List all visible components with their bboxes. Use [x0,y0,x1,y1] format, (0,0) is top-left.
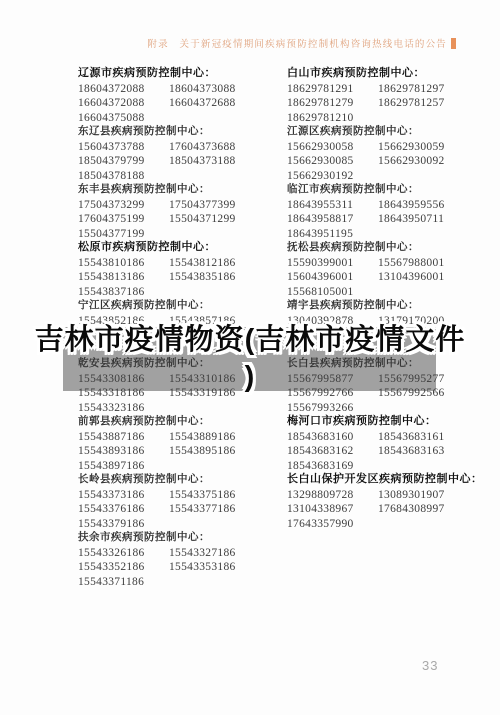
phone-number: 15543376186 [78,502,169,517]
phone-row: 15504377199 [78,226,287,241]
phone-number: 15504371299 [169,212,260,227]
phone-number: 15543326186 [78,546,169,561]
phone-row: 18504378188 [78,168,287,183]
appendix-banner: 附录 关于新冠疫情期间疾病预防控制机构咨询热线电话的公告 [0,36,456,50]
phone-row: 1760437519915504371299 [78,211,287,226]
center-name: 宁江区疾病预防控制中心： [78,298,287,313]
phone-row: 1864395531118643959556 [287,197,496,212]
phone-number: 15543835186 [169,270,260,285]
phone-row: 1560439600113104396001 [287,269,496,284]
phone-number: 15543373186 [78,488,169,503]
center-name: 东辽县疾病预防控制中心： [78,124,287,139]
page-number: 33 [422,658,438,673]
phone-row: 18543683169 [287,458,496,473]
center-section: 松原市疾病预防控制中心：1554381018615543812186155438… [78,240,287,298]
phone-number: 15543897186 [78,459,169,474]
center-section: 前郭县疾病预防控制中心：1554388718615543889186155438… [78,414,287,472]
phone-number: 18543683163 [378,444,469,459]
phone-number: 13104396001 [378,270,469,285]
phone-number: 18643950711 [378,212,469,227]
phone-row: 1864395881718643950711 [287,211,496,226]
phone-number: 15543323186 [78,401,169,416]
banner-end-block-icon [451,38,456,49]
watermark-title-line1: 吉林市疫情物资(吉林市疫情文件 [0,322,500,359]
center-name: 长白山保护开发区疾病预防控制中心： [287,472,496,487]
center-name: 松原市疾病预防控制中心： [78,240,287,255]
phone-number: 18629781297 [378,82,469,97]
phone-number: 17643357990 [287,517,378,532]
center-name: 白山市疾病预防控制中心： [287,66,496,81]
phone-number: 15543837186 [78,285,169,300]
phone-number: 18643958817 [287,212,378,227]
phone-row: 1850437979918504373188 [78,153,287,168]
phone-number: 15543889186 [169,430,260,445]
phone-row: 1560437378817604373688 [78,139,287,154]
phone-row: 15567993266 [287,400,496,415]
phone-row: 1860437208818604373088 [78,81,287,96]
phone-number: 16604372688 [169,96,260,111]
phone-number: 17684308997 [378,502,469,517]
phone-number: 15543895186 [169,444,260,459]
phone-number: 15543887186 [78,430,169,445]
phone-number: 18643951195 [287,227,378,242]
phone-row: 1310433896717684308997 [287,501,496,516]
phone-row: 16604375088 [78,110,287,125]
phone-number: 18604372088 [78,82,169,97]
appendix-banner-text: 附录 关于新冠疫情期间疾病预防控制机构咨询热线电话的公告 [147,39,447,50]
phone-row: 15543323186 [78,400,287,415]
phone-row: 15543837186 [78,284,287,299]
phone-row: 1554337618615543377186 [78,501,287,516]
phone-number: 13298809728 [287,488,378,503]
phone-number: 18504378188 [78,169,169,184]
phone-number: 15543371186 [78,575,169,590]
phone-row: 18643951195 [287,226,496,241]
phone-row: 1854368316218543683163 [287,443,496,458]
phone-number: 15543893186 [78,444,169,459]
document-page: 附录 关于新冠疫情期间疾病预防控制机构咨询热线电话的公告 辽源市疾病预防控制中心… [0,0,500,715]
center-section: 梅河口市疾病预防控制中心：185436831601854368316118543… [287,414,496,472]
phone-number: 15662930059 [378,140,469,155]
phone-number: 15662930192 [287,169,378,184]
phone-number: 15590399001 [287,256,378,271]
phone-number: 18543683161 [378,430,469,445]
phone-row: 15543897186 [78,458,287,473]
phone-row: 1554381018615543812186 [78,255,287,270]
center-name: 临江市疾病预防控制中心： [287,182,496,197]
center-section: 长白山保护开发区疾病预防控制中心：13298809728130893019071… [287,472,496,530]
phone-number: 15567988001 [378,256,469,271]
center-name: 前郭县疾病预防控制中心： [78,414,287,429]
center-name: 长岭县疾病预防控制中心： [78,472,287,487]
phone-number: 15662930085 [287,154,378,169]
phone-number: 15543375186 [169,488,260,503]
center-name: 江源区疾病预防控制中心： [287,124,496,139]
phone-number: 18643955311 [287,198,378,213]
phone-row: 1566293008515662930092 [287,153,496,168]
phone-row: 1329880972813089301907 [287,487,496,502]
phone-number: 17504377399 [169,198,260,213]
phone-number: 18543683160 [287,430,378,445]
phone-number: 15662930092 [378,154,469,169]
phone-number: 15543327186 [169,546,260,561]
center-name: 扶余市疾病预防控制中心： [78,530,287,545]
phone-row: 15543379186 [78,516,287,531]
phone-number: 15567993266 [287,401,378,416]
center-name: 抚松县疾病预防控制中心： [287,240,496,255]
phone-row: 1862978127918629781257 [287,95,496,110]
phone-number: 18543683169 [287,459,378,474]
phone-number: 18604373088 [169,82,260,97]
phone-number: 15662930058 [287,140,378,155]
phone-number: 18543683162 [287,444,378,459]
phone-row: 15662930192 [287,168,496,183]
phone-number: 18643959556 [378,198,469,213]
phone-number: 15543812186 [169,256,260,271]
phone-number: 15568105001 [287,285,378,300]
phone-row: 1750437329917504377399 [78,197,287,212]
center-section: 东辽县疾病预防控制中心：1560437378817604373688185043… [78,124,287,182]
center-section: 江源区疾病预防控制中心：1566293005815662930059156629… [287,124,496,182]
phone-row: 1554337318615543375186 [78,487,287,502]
center-section: 辽源市疾病预防控制中心：1860437208818604373088166043… [78,66,287,124]
phone-row: 17643357990 [287,516,496,531]
phone-number: 16604372088 [78,96,169,111]
phone-row: 1554388718615543889186 [78,429,287,444]
phone-number: 15543353186 [169,560,260,575]
phone-number: 18504379799 [78,154,169,169]
phone-number: 18629781279 [287,96,378,111]
phone-number: 15543352186 [78,560,169,575]
phone-row: 1566293005815662930059 [287,139,496,154]
phone-row: 1660437208816604372688 [78,95,287,110]
phone-row: 1862978129118629781297 [287,81,496,96]
phone-row: 18629781210 [287,110,496,125]
phone-number: 15543810186 [78,256,169,271]
center-section: 扶余市疾病预防控制中心：1554332618615543327186155433… [78,530,287,588]
phone-row: 15543371186 [78,574,287,589]
phone-row: 1559039900115567988001 [287,255,496,270]
center-name: 辽源市疾病预防控制中心： [78,66,287,81]
center-section: 东丰县疾病预防控制中心：1750437329917504377399176043… [78,182,287,240]
phone-number: 15504377199 [78,227,169,242]
center-name: 梅河口市疾病预防控制中心： [287,414,496,429]
phone-number: 15543379186 [78,517,169,532]
phone-number: 15604396001 [287,270,378,285]
phone-number: 13089301907 [378,488,469,503]
phone-row: 1554332618615543327186 [78,545,287,560]
phone-row: 1554381318615543835186 [78,269,287,284]
phone-number: 17504373299 [78,198,169,213]
phone-row: 15568105001 [287,284,496,299]
phone-number: 15604373788 [78,140,169,155]
center-section: 长岭县疾病预防控制中心：1554337318615543375186155433… [78,472,287,530]
phone-number: 15543377186 [169,502,260,517]
phone-number: 17604375199 [78,212,169,227]
center-name: 靖宇县疾病预防控制中心： [287,298,496,313]
phone-number: 18629781257 [378,96,469,111]
phone-row: 1554389318615543895186 [78,443,287,458]
phone-number: 18629781291 [287,82,378,97]
phone-number: 15543813186 [78,270,169,285]
phone-number: 16604375088 [78,111,169,126]
phone-number: 18629781210 [287,111,378,126]
phone-number: 18504373188 [169,154,260,169]
phone-number: 17604373688 [169,140,260,155]
center-section: 临江市疾病预防控制中心：1864395531118643959556186439… [287,182,496,240]
center-section: 白山市疾病预防控制中心：1862978129118629781297186297… [287,66,496,124]
phone-row: 1854368316018543683161 [287,429,496,444]
phone-number: 13104338967 [287,502,378,517]
phone-row: 1554335218615543353186 [78,559,287,574]
watermark-title-line2: ) [0,359,500,396]
center-name: 东丰县疾病预防控制中心： [78,182,287,197]
watermark-title: 吉林市疫情物资(吉林市疫情文件 ) [0,322,500,396]
center-section: 抚松县疾病预防控制中心：1559039900115567988001156043… [287,240,496,298]
